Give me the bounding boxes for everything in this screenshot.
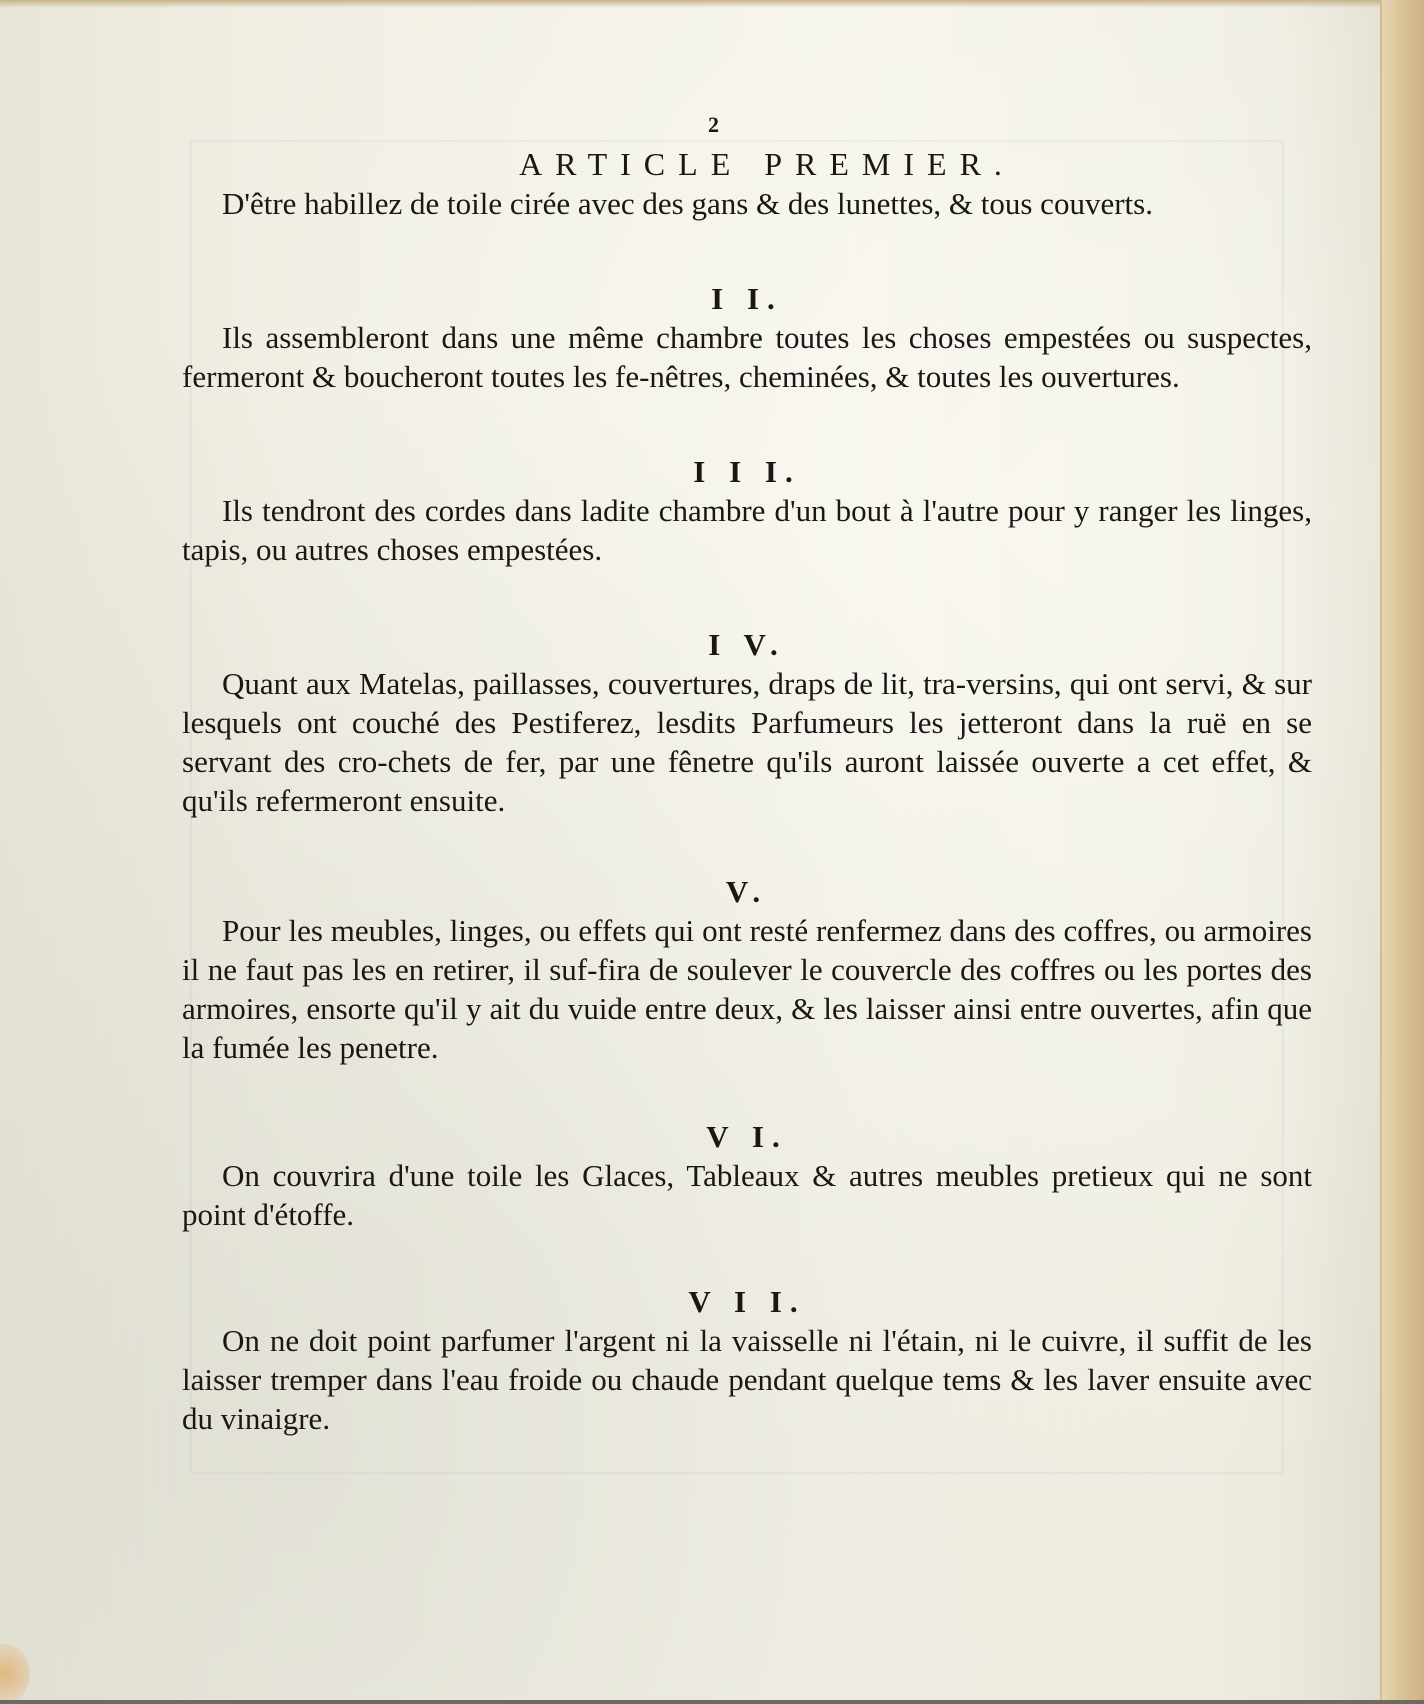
article-text: Ils tendront des cordes dans ladite cham…	[182, 493, 1312, 567]
article-body: Pour les meubles, linges, ou effets qui …	[182, 911, 1312, 1067]
page-fore-edge	[1380, 0, 1424, 1704]
article-4: I V. Quant aux Matelas, paillasses, couv…	[182, 629, 1312, 820]
article-text: On ne doit point parfumer l'argent ni la…	[182, 1323, 1312, 1436]
article-text: Pour les meubles, linges, ou effets qui …	[182, 913, 1312, 1065]
article-title: ARTICLE PREMIER.	[222, 148, 1312, 180]
article-7: V I I. On ne doit point parfumer l'argen…	[182, 1286, 1312, 1438]
article-text: Quant aux Matelas, paillasses, couvertur…	[182, 666, 1312, 818]
article-body: Ils tendront des cordes dans ladite cham…	[182, 491, 1312, 569]
article-heading: V I I.	[182, 1286, 1312, 1317]
article-heading: V I.	[182, 1121, 1312, 1152]
corner-stain	[0, 1644, 30, 1704]
page-number: 2	[708, 112, 719, 138]
page-top-edge	[0, 0, 1424, 8]
article-body: On couvrira d'une toile les Glaces, Tabl…	[182, 1156, 1312, 1234]
article-text: On couvrira d'une toile les Glaces, Tabl…	[182, 1158, 1312, 1232]
article-3: I I I. Ils tendront des cordes dans ladi…	[182, 456, 1312, 569]
article-1: D'être habillez de toile cirée avec des …	[182, 184, 1312, 223]
article-text: Ils assembleront dans une même chambre t…	[182, 320, 1312, 394]
article-heading: I V.	[182, 629, 1312, 660]
article-5: V. Pour les meubles, linges, ou effets q…	[182, 876, 1312, 1067]
page-content: 2 ARTICLE PREMIER. D'être habillez de to…	[182, 112, 1312, 1438]
article-body: On ne doit point parfumer l'argent ni la…	[182, 1321, 1312, 1438]
scanned-page: 2 ARTICLE PREMIER. D'être habillez de to…	[0, 0, 1424, 1704]
article-2: I I. Ils assembleront dans une même cham…	[182, 283, 1312, 396]
article-text: D'être habillez de toile cirée avec des …	[222, 186, 1153, 221]
article-body: Quant aux Matelas, paillasses, couvertur…	[182, 664, 1312, 820]
article-heading: I I.	[182, 283, 1312, 314]
page-bottom-edge	[0, 1700, 1424, 1704]
article-heading: I I I.	[182, 456, 1312, 487]
article-heading: V.	[182, 876, 1312, 907]
article-body: Ils assembleront dans une même chambre t…	[182, 318, 1312, 396]
article-body: D'être habillez de toile cirée avec des …	[182, 184, 1312, 223]
article-6: V I. On couvrira d'une toile les Glaces,…	[182, 1121, 1312, 1234]
